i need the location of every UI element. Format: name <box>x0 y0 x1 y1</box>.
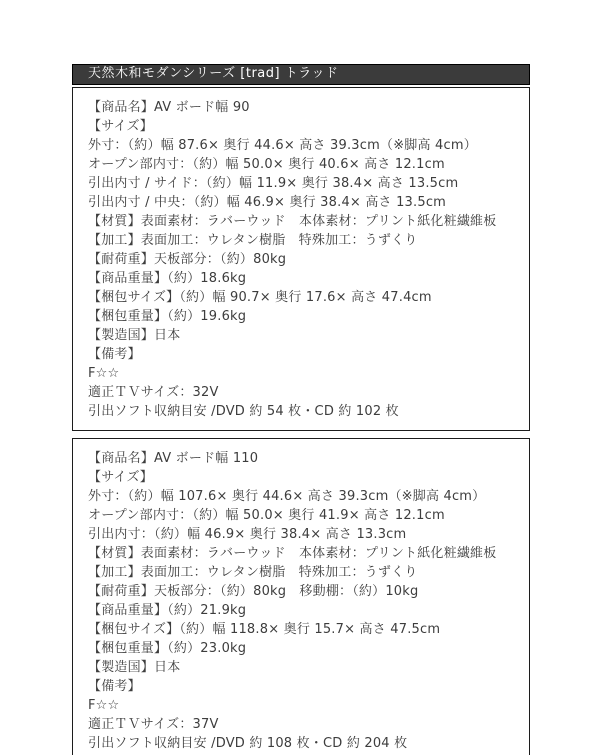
spec-line: 適正ＴＶサイズ：32V <box>88 383 517 402</box>
spec-line: 【耐荷重】天板部分：（約）80kg 移動棚：（約）10kg <box>88 582 517 601</box>
spec-line: 【梱包サイズ】（約）幅 118.8× 奥行 15.7× 高さ 47.5cm <box>88 620 517 639</box>
product-spec-box-av-board-90: 【商品名】AV ボード幅 90【サイズ】外寸：（約）幅 87.6× 奥行 44.… <box>72 87 530 431</box>
spec-line: 引出内寸：（約）幅 46.9× 奥行 38.4× 高さ 13.3cm <box>88 525 517 544</box>
series-title: 天然木和モダンシリーズ [trad] トラッド <box>88 66 338 81</box>
spec-line: 【加工】表面加工：ウレタン樹脂 特殊加工：うずくり <box>88 563 517 582</box>
spec-line: 【商品重量】（約）21.9kg <box>88 601 517 620</box>
spec-line: 【商品重量】（約）18.6kg <box>88 269 517 288</box>
spec-container: 天然木和モダンシリーズ [trad] トラッド 【商品名】AV ボード幅 90【… <box>72 64 530 755</box>
spec-line: 引出内寸 / 中央：（約）幅 46.9× 奥行 38.4× 高さ 13.5cm <box>88 193 517 212</box>
spec-line: オープン部内寸：（約）幅 50.0× 奥行 41.9× 高さ 12.1cm <box>88 506 517 525</box>
spec-line: 外寸：（約）幅 87.6× 奥行 44.6× 高さ 39.3cm（※脚高 4cm… <box>88 136 517 155</box>
spec-line: 【サイズ】 <box>88 468 517 487</box>
spec-line: 外寸：（約）幅 107.6× 奥行 44.6× 高さ 39.3cm（※脚高 4c… <box>88 487 517 506</box>
spec-line: 【梱包重量】（約）19.6kg <box>88 307 517 326</box>
spec-line: 引出内寸 / サイド：（約）幅 11.9× 奥行 38.4× 高さ 13.5cm <box>88 174 517 193</box>
spec-line: 【材質】表面素材：ラバーウッド 本体素材：プリント紙化粧繊維板 <box>88 212 517 231</box>
spec-line: 【梱包サイズ】（約）幅 90.7× 奥行 17.6× 高さ 47.4cm <box>88 288 517 307</box>
spec-line: 【備考】 <box>88 677 517 696</box>
spec-line: 【製造国】日本 <box>88 326 517 345</box>
spec-line: 【加工】表面加工：ウレタン樹脂 特殊加工：うずくり <box>88 231 517 250</box>
spec-line: 引出ソフト収納目安 /DVD 約 108 枚・CD 約 204 枚 <box>88 734 517 753</box>
spec-line: 適正ＴＶサイズ：37V <box>88 715 517 734</box>
spec-line: 【備考】 <box>88 345 517 364</box>
spec-line: 引出ソフト収納目安 /DVD 約 54 枚・CD 約 102 枚 <box>88 402 517 421</box>
spec-line: 【材質】表面素材：ラバーウッド 本体素材：プリント紙化粧繊維板 <box>88 544 517 563</box>
product-spec-page: 天然木和モダンシリーズ [trad] トラッド 【商品名】AV ボード幅 90【… <box>0 0 600 755</box>
spec-line: 【サイズ】 <box>88 117 517 136</box>
spec-line: 【梱包重量】（約）23.0kg <box>88 639 517 658</box>
spec-line: F☆☆ <box>88 696 517 715</box>
spec-line: オープン部内寸：（約）幅 50.0× 奥行 40.6× 高さ 12.1cm <box>88 155 517 174</box>
spec-line: 【製造国】日本 <box>88 658 517 677</box>
spec-line: 【商品名】AV ボード幅 110 <box>88 449 517 468</box>
series-header-bar: 天然木和モダンシリーズ [trad] トラッド <box>72 64 530 85</box>
spec-line: 【耐荷重】天板部分：（約）80kg <box>88 250 517 269</box>
spec-line: F☆☆ <box>88 364 517 383</box>
spec-line: 【商品名】AV ボード幅 90 <box>88 98 517 117</box>
product-spec-box-av-board-110: 【商品名】AV ボード幅 110【サイズ】外寸：（約）幅 107.6× 奥行 4… <box>72 438 530 755</box>
